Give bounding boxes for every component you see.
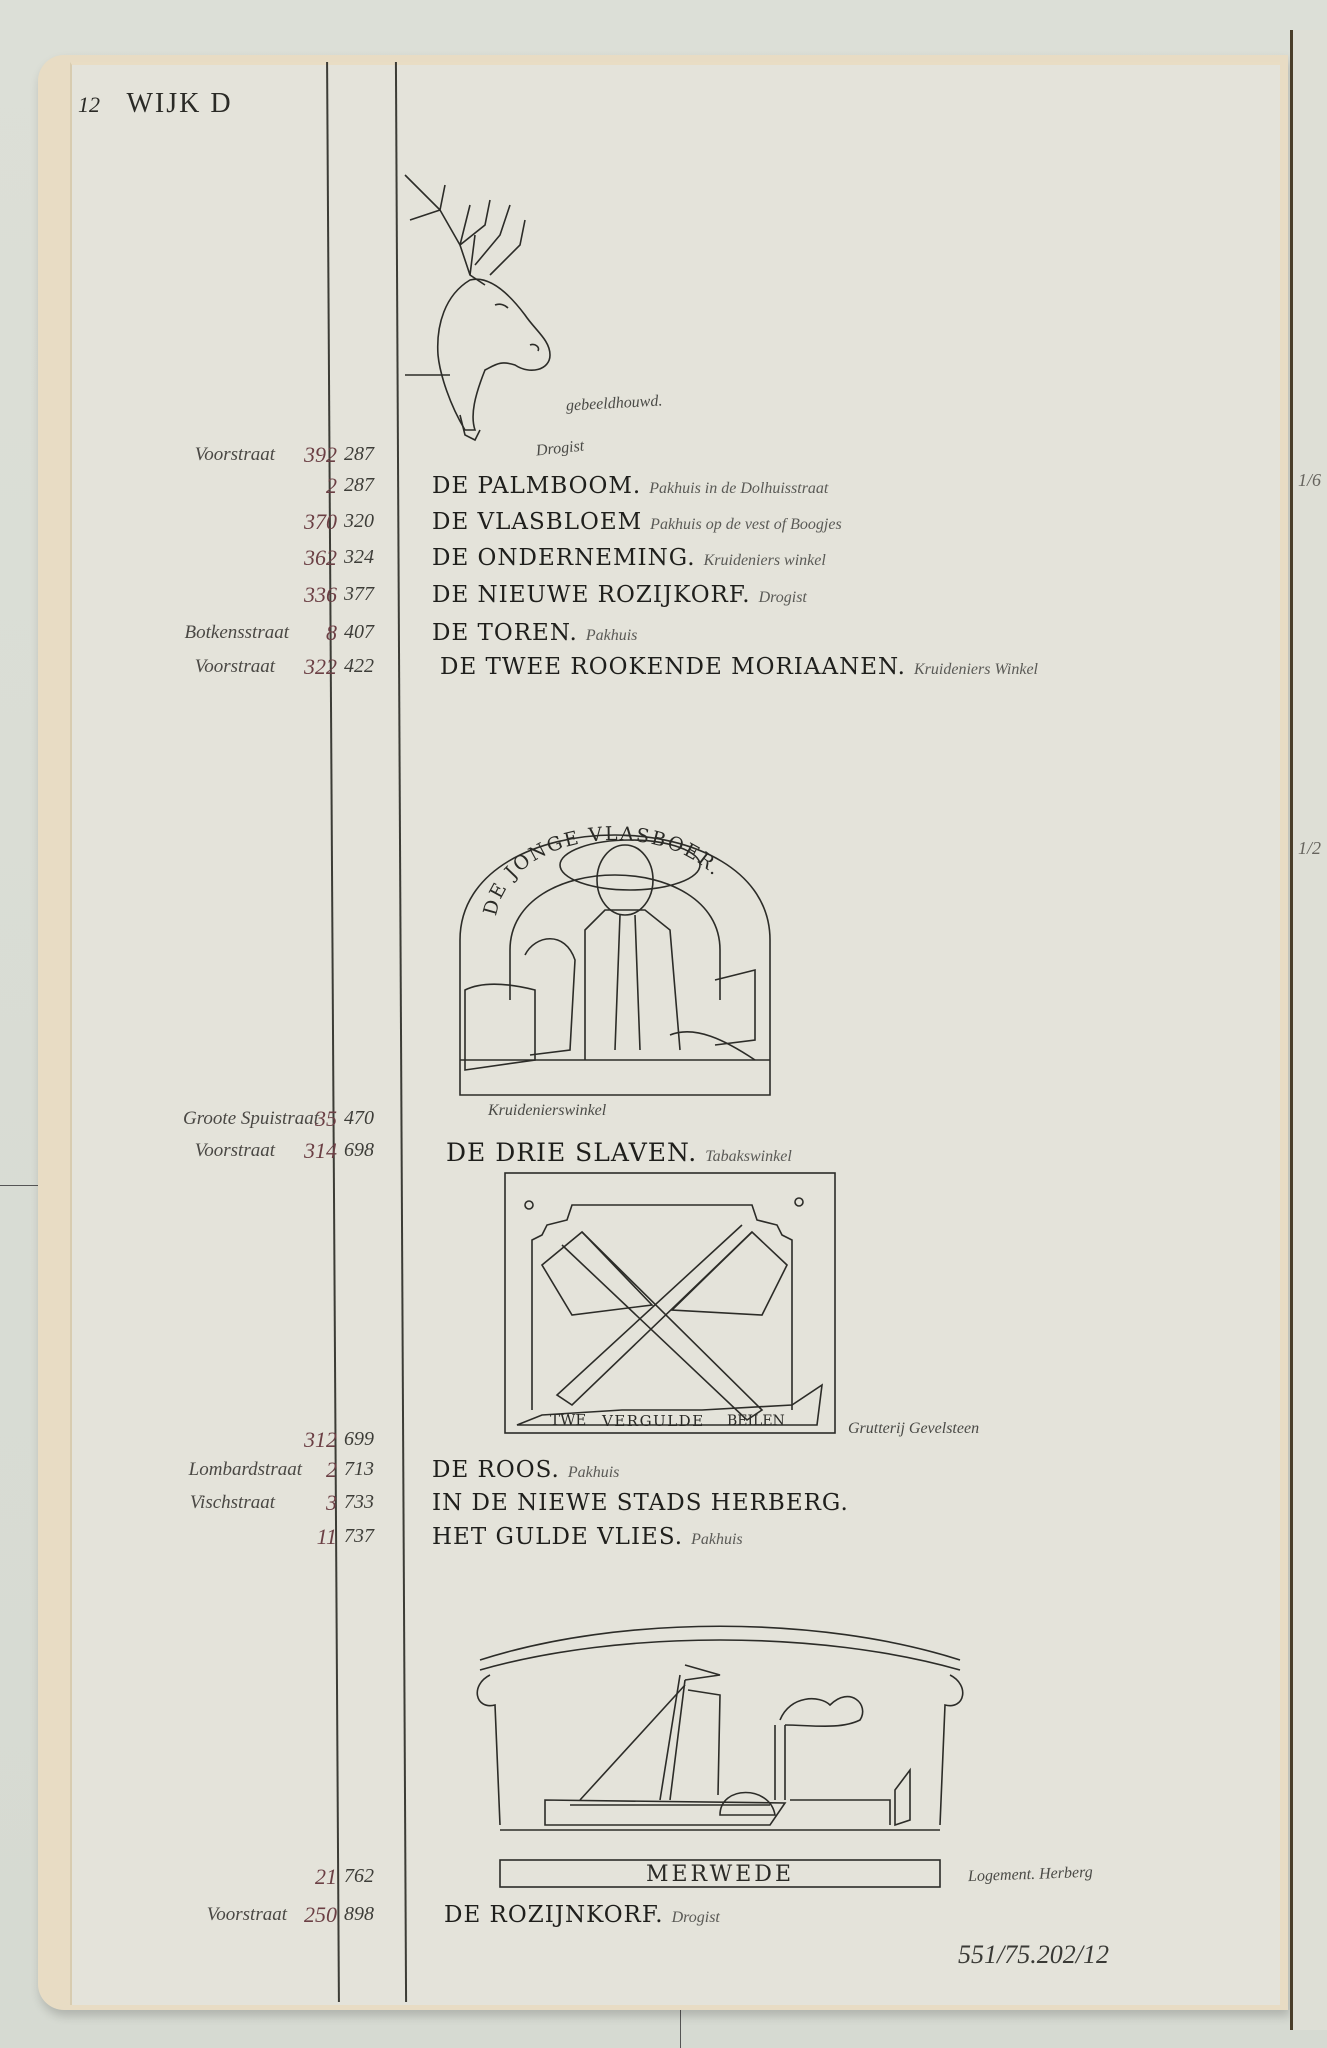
wijk-number: 898 <box>344 1903 404 1926</box>
wijk-number: 407 <box>344 621 404 644</box>
sign-name-text: DE NIEUWE ROZIJKORF. <box>432 582 751 608</box>
register-row: 11 737 HET GULDE VLIES.Pakhuis <box>0 1522 1327 1556</box>
sign-name-text: HET GULDE VLIES. <box>432 1524 683 1550</box>
wijk-number: 699 <box>344 1428 404 1451</box>
sign-name-text: DE DRIE SLAVEN. <box>446 1138 697 1167</box>
house-number: 392 <box>304 442 337 468</box>
sign-name: DE ROZIJNKORF.Drogist <box>444 1902 720 1928</box>
sign-note: Pakhuis in de Dolhuisstraat <box>649 480 828 497</box>
house-number: 370 <box>304 509 337 535</box>
sign-name-text: DE TOREN. <box>432 620 578 646</box>
street-name: Botkensstraat <box>185 622 290 644</box>
sign-name: DE NIEUWE ROZIJKORF.Drogist <box>432 582 807 608</box>
sign-name-text: DE PALMBOOM. <box>432 473 641 499</box>
register-row: Voorstraat 392 287 <box>0 440 1327 474</box>
register-row: Botkensstraat 8 407 DE TOREN.Pakhuis <box>0 618 1327 652</box>
wijk-number: 377 <box>344 583 404 606</box>
sign-name-text: IN DE NIEWE STADS HERBERG. <box>432 1490 849 1516</box>
wijk-number: 470 <box>344 1107 404 1130</box>
street-name: Lombardstraat <box>189 1459 302 1481</box>
register-row: 21 762 <box>0 1862 1327 1896</box>
street-name: Voorstraat <box>195 1140 275 1162</box>
wijk-number: 324 <box>344 546 404 569</box>
facing-page-edge <box>1290 30 1327 2030</box>
house-number: 2 <box>326 473 337 499</box>
house-number: 312 <box>304 1427 337 1453</box>
wijk-number: 287 <box>344 443 404 466</box>
twee-vergulde-beilen-sketch: TWE VERGULDE BEILEN <box>502 1170 842 1440</box>
house-number: 250 <box>304 1902 337 1928</box>
register-row: 312 699 <box>0 1425 1327 1459</box>
merwede-steamboat-sketch: MERWEDE <box>470 1625 970 1890</box>
underlying-page-rule <box>680 2010 681 2048</box>
sign-note: Kruideniers Winkel <box>914 661 1038 678</box>
sign-name-text: DE ROOS. <box>432 1457 560 1483</box>
register-row: 362 324 DE ONDERNEMING.Kruideniers winke… <box>0 543 1327 577</box>
street-name: Voorstraat <box>207 1904 287 1926</box>
register-row: Lombardstraat 2 713 DE ROOS.Pakhuis <box>0 1455 1327 1489</box>
sign-note: Pakhuis <box>691 1531 743 1548</box>
sign-note: Drogist <box>759 589 807 606</box>
sign-note: Pakhuis op de vest of Boogjes <box>650 516 842 533</box>
sign-name-text: DE ONDERNEMING. <box>432 545 696 571</box>
register-row: 370 320 DE VLASBLOEMPakhuis op de vest o… <box>0 507 1327 541</box>
house-number: 336 <box>304 582 337 608</box>
page-heading: 12 WIJK D <box>78 88 233 120</box>
wijk-number: 737 <box>344 1525 404 1548</box>
sign-name-text: DE TWEE ROOKENDE MORIAANEN. <box>440 654 906 680</box>
sign-name: DE ONDERNEMING.Kruideniers winkel <box>432 545 826 571</box>
underlying-page-rule <box>0 1185 40 1186</box>
street-name: Groote Spuistraat <box>183 1108 319 1130</box>
house-number: 362 <box>304 545 337 571</box>
street-name: Voorstraat <box>195 656 275 678</box>
register-row: Vischstraat 3 733 IN DE NIEWE STADS HERB… <box>0 1488 1327 1522</box>
sign-note: Tabakswinkel <box>705 1148 792 1165</box>
de-jonge-vlasboer-sketch: DE JONGE VLASBOER. <box>455 770 775 1100</box>
register-row: Voorstraat 314 698 DE DRIE SLAVEN.Tabaks… <box>0 1136 1327 1170</box>
house-number: 35 <box>315 1106 337 1132</box>
register-row: Voorstraat 322 422 DE TWEE ROOKENDE MORI… <box>0 652 1327 686</box>
sign-name: DE VLASBLOEMPakhuis op de vest of Boogje… <box>432 509 842 535</box>
house-number: 21 <box>315 1864 337 1890</box>
wijk-number: 762 <box>344 1865 404 1888</box>
house-number: 11 <box>317 1524 337 1550</box>
register-row: 2 287 DE PALMBOOM.Pakhuis in de Dolhuiss… <box>0 471 1327 505</box>
house-number: 322 <box>304 654 337 680</box>
page-number: 12 <box>78 92 100 117</box>
sign-name: HET GULDE VLIES.Pakhuis <box>432 1524 743 1550</box>
sign-note: Kruideniers winkel <box>704 552 826 569</box>
register-row: Groote Spuistraat 35 470 <box>0 1104 1327 1138</box>
sign-note: Drogist <box>672 1909 720 1926</box>
sign-name-text: DE ROZIJNKORF. <box>444 1902 664 1928</box>
wijk-number: 713 <box>344 1458 404 1481</box>
sign-name: DE ROOS.Pakhuis <box>432 1457 619 1483</box>
wijk-number: 698 <box>344 1139 404 1162</box>
sign-name: DE TOREN.Pakhuis <box>432 620 637 646</box>
wijk-number: 320 <box>344 510 404 533</box>
house-number: 3 <box>326 1490 337 1516</box>
sign-note: Pakhuis <box>586 627 638 644</box>
wijk-number: 733 <box>344 1491 404 1514</box>
archive-reference: 551/75.202/12 <box>958 1940 1109 1970</box>
sign-name: DE DRIE SLAVEN.Tabakswinkel <box>446 1138 792 1167</box>
sign-name: IN DE NIEWE STADS HERBERG. <box>432 1490 849 1516</box>
house-number: 314 <box>304 1138 337 1164</box>
street-name: Vischstraat <box>190 1492 275 1514</box>
sign-note: Pakhuis <box>568 1464 620 1481</box>
margin-mark: 1/2 <box>1298 838 1321 859</box>
wijk-number: 422 <box>344 655 404 678</box>
register-row: 336 377 DE NIEUWE ROZIJKORF.Drogist <box>0 580 1327 614</box>
vlasboer-arch-text: DE JONGE VLASBOER. <box>479 823 727 918</box>
register-row: Voorstraat 250 898 DE ROZIJNKORF.Drogist <box>0 1900 1327 1934</box>
sign-name: DE TWEE ROOKENDE MORIAANEN.Kruideniers W… <box>440 654 1038 680</box>
sign-name: DE PALMBOOM.Pakhuis in de Dolhuisstraat <box>432 473 828 499</box>
wijk-number: 287 <box>344 474 404 497</box>
house-number: 8 <box>326 620 337 646</box>
house-number: 2 <box>326 1457 337 1483</box>
sign-name-text: DE VLASBLOEM <box>432 509 642 535</box>
street-name: Voorstraat <box>195 444 275 466</box>
page-title: WIJK D <box>127 88 233 119</box>
